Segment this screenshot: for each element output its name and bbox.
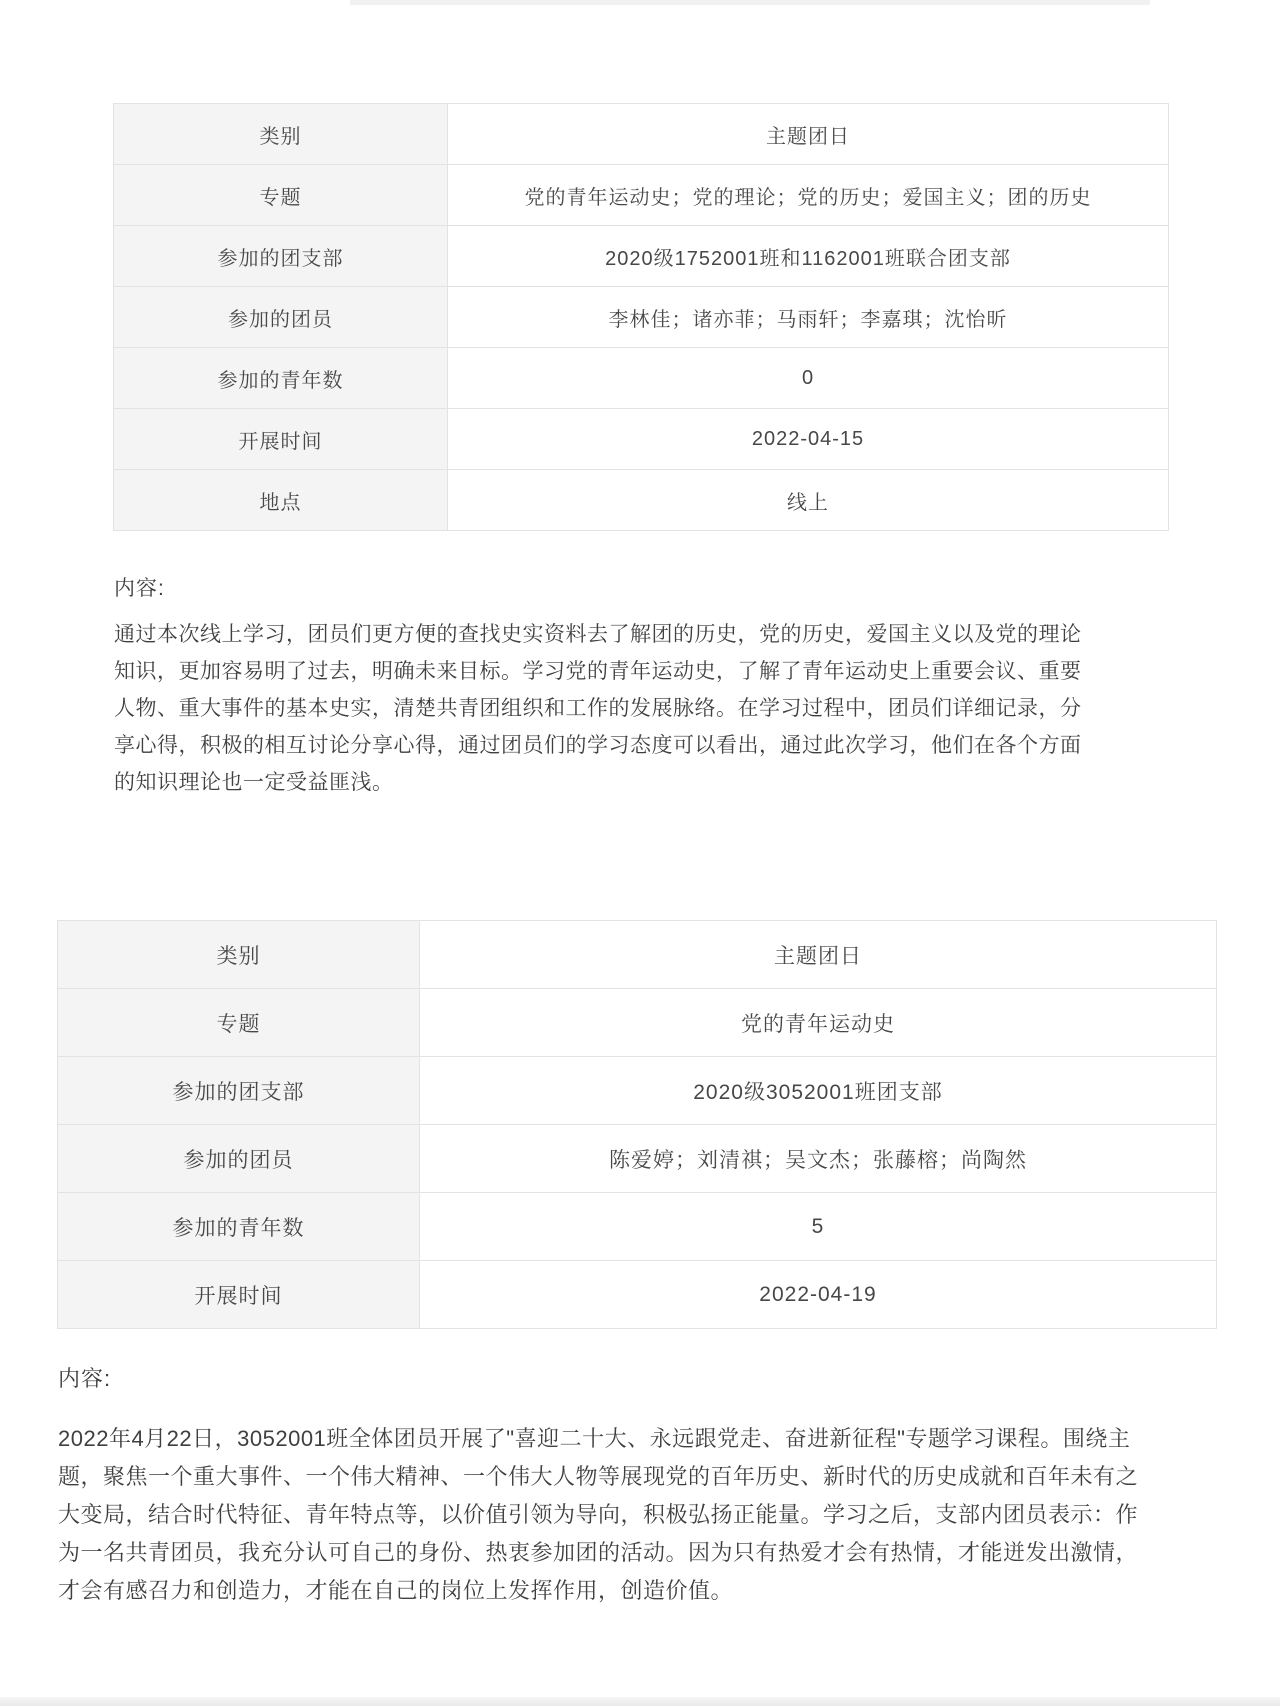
field-label: 专题 bbox=[58, 989, 420, 1057]
field-value: 2020级3052001班团支部 bbox=[420, 1057, 1217, 1125]
table-row: 参加的团支部 2020级3052001班团支部 bbox=[58, 1057, 1217, 1125]
field-value: 2022-04-15 bbox=[448, 409, 1169, 470]
table-row: 参加的青年数 0 bbox=[114, 348, 1169, 409]
field-label: 参加的团支部 bbox=[58, 1057, 420, 1125]
table-row: 参加的团支部 2020级1752001班和1162001班联合团支部 bbox=[114, 226, 1169, 287]
field-label: 参加的青年数 bbox=[58, 1193, 420, 1261]
field-label: 类别 bbox=[114, 104, 448, 165]
table-row: 专题 党的青年运动史 bbox=[58, 989, 1217, 1057]
field-label: 开展时间 bbox=[58, 1261, 420, 1329]
table-row: 类别 主题团日 bbox=[58, 921, 1217, 989]
field-value: 党的青年运动史 bbox=[420, 989, 1217, 1057]
field-value: 5 bbox=[420, 1193, 1217, 1261]
field-value: 0 bbox=[448, 348, 1169, 409]
field-label: 专题 bbox=[114, 165, 448, 226]
table-row: 专题 党的青年运动史；党的理论；党的历史；爱国主义；团的历史 bbox=[114, 165, 1169, 226]
field-value: 主题团日 bbox=[420, 921, 1217, 989]
activity-record-table-1: 类别 主题团日 专题 党的青年运动史；党的理论；党的历史；爱国主义；团的历史 参… bbox=[113, 103, 1169, 531]
activity-record-table-2: 类别 主题团日 专题 党的青年运动史 参加的团支部 2020级3052001班团… bbox=[57, 920, 1217, 1329]
field-label: 地点 bbox=[114, 470, 448, 531]
table-row: 开展时间 2022-04-15 bbox=[114, 409, 1169, 470]
table-row: 参加的青年数 5 bbox=[58, 1193, 1217, 1261]
field-value: 2020级1752001班和1162001班联合团支部 bbox=[448, 226, 1169, 287]
table-row: 地点 线上 bbox=[114, 470, 1169, 531]
page-bottom-edge-shadow bbox=[0, 1697, 1280, 1706]
field-value: 2022-04-19 bbox=[420, 1261, 1217, 1329]
page-top-edge-shadow bbox=[350, 0, 1150, 5]
table-row: 开展时间 2022-04-19 bbox=[58, 1261, 1217, 1329]
field-value: 陈爱婷；刘清祺；吴文杰；张藤榕；尚陶然 bbox=[420, 1125, 1217, 1193]
field-label: 参加的团支部 bbox=[114, 226, 448, 287]
field-label: 类别 bbox=[58, 921, 420, 989]
content-paragraph: 通过本次线上学习，团员们更方便的查找史实资料去了解团的历史，党的历史，爱国主义以… bbox=[114, 616, 1082, 801]
table-row: 参加的团员 陈爱婷；刘清祺；吴文杰；张藤榕；尚陶然 bbox=[58, 1125, 1217, 1193]
field-value: 李林佳；诸亦菲；马雨轩；李嘉琪；沈怡昕 bbox=[448, 287, 1169, 348]
field-label: 参加的青年数 bbox=[114, 348, 448, 409]
content-label: 内容: bbox=[58, 1362, 111, 1393]
content-label: 内容: bbox=[114, 572, 165, 602]
field-value: 主题团日 bbox=[448, 104, 1169, 165]
field-value: 党的青年运动史；党的理论；党的历史；爱国主义；团的历史 bbox=[448, 165, 1169, 226]
content-paragraph: 2022年4月22日，3052001班全体团员开展了"喜迎二十大、永远跟党走、奋… bbox=[58, 1420, 1138, 1610]
field-value: 线上 bbox=[448, 470, 1169, 531]
field-label: 开展时间 bbox=[114, 409, 448, 470]
field-label: 参加的团员 bbox=[58, 1125, 420, 1193]
field-label: 参加的团员 bbox=[114, 287, 448, 348]
table-row: 参加的团员 李林佳；诸亦菲；马雨轩；李嘉琪；沈怡昕 bbox=[114, 287, 1169, 348]
table-row: 类别 主题团日 bbox=[114, 104, 1169, 165]
